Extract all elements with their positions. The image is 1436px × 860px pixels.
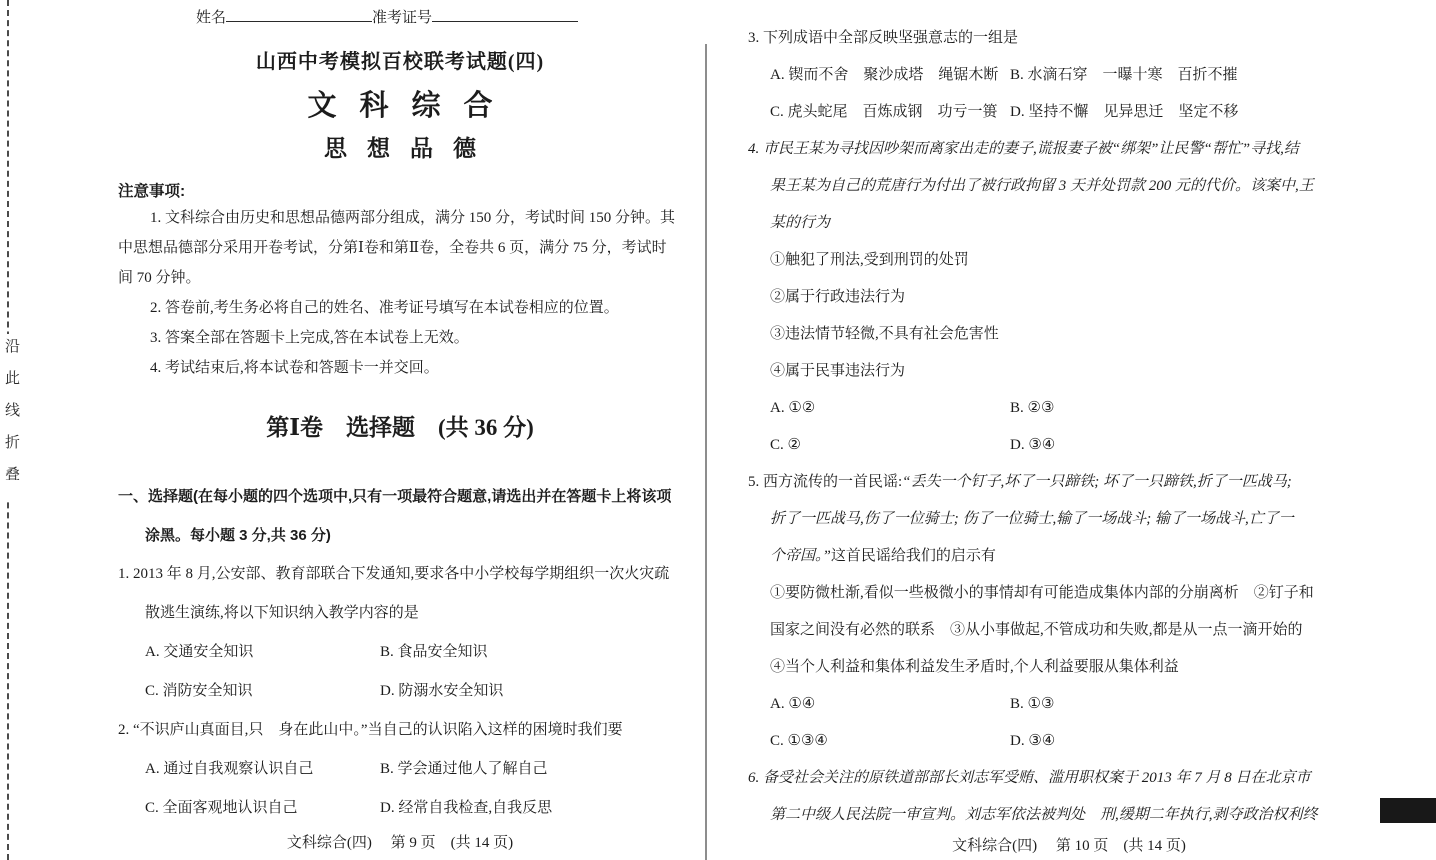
question-4-item: ①触犯了刑法,受到刑罚的处罚: [745, 242, 1393, 279]
option-cell: A. ①②: [770, 390, 1010, 427]
notice-line: 1. 文科综合由历史和思想品德两部分组成，满分 150 分，考试时间 150 分…: [110, 203, 690, 233]
option-cell: D. 经常自我检查,自我反思: [380, 789, 552, 828]
question-3-options-row: A. 锲而不舍 聚沙成塔 绳锯木断B. 水滴石穿 一曝十寒 百折不摧: [745, 57, 1393, 94]
question-5-stem: 5. 西方流传的一首民谣:: [748, 474, 902, 490]
page-right: 3. 下列成语中全部反映坚强意志的一组是 A. 锲而不舍 聚沙成塔 绳锯木断B.…: [745, 0, 1393, 860]
question-4-options-row: A. ①②B. ②③: [745, 390, 1393, 427]
option-cell: D. 防溺水安全知识: [380, 672, 503, 711]
question-2-options-row: C. 全面客观地认识自己D. 经常自我检查,自我反思: [110, 789, 690, 828]
option-cell: C. 全面客观地认识自己: [145, 789, 380, 828]
question-5-item: ④当个人利益和集体利益发生矛盾时,个人利益要服从集体利益: [745, 649, 1393, 686]
option-cell: C. 虎头蛇尾 百炼成钢 功亏一篑: [770, 94, 1010, 131]
option-cell: B. 食品安全知识: [380, 633, 488, 672]
notice-line: 2. 答卷前,考生务必将自己的姓名、准考证号填写在本试卷相应的位置。: [110, 293, 690, 323]
notice-line: 3. 答案全部在答题卡上完成,答在本试卷上无效。: [110, 323, 690, 353]
question-1-line: 1. 2013 年 8 月,公安部、教育部联合下发通知,要求各中小学校每学期组织…: [110, 555, 690, 594]
option-cell: C. ①③④: [770, 723, 1010, 760]
question-3-options-row: C. 虎头蛇尾 百炼成钢 功亏一篑D. 坚持不懈 见异思迁 坚定不移: [745, 94, 1393, 131]
option-cell: A. ①④: [770, 686, 1010, 723]
option-cell: D. ③④: [1010, 427, 1055, 464]
option-cell: B. 水滴石穿 一曝十寒 百折不摧: [1010, 57, 1238, 94]
name-blank-line[interactable]: [226, 7, 372, 22]
notice-line: 4. 考试结束后,将本试卷和答题卡一并交回。: [110, 353, 690, 383]
option-cell: D. 坚持不懈 见异思迁 坚定不移: [1010, 94, 1238, 131]
candidate-info-row: 姓名准考证号: [110, 6, 690, 27]
questions-left: 一、选择题(在每小题的四个选项中,只有一项最符合题意,请选出并在答题卡上将该项 …: [110, 477, 690, 828]
question-5-line: 个帝国。”这首民谣给我们的启示有: [745, 538, 1393, 575]
question-5-line: 折了一匹战马,伤了一位骑士; 伤了一位骑士,输了一场战斗; 输了一场战斗,亡了一: [745, 501, 1393, 538]
question-3-line: 3. 下列成语中全部反映坚强意志的一组是: [745, 20, 1393, 57]
page-left: 姓名准考证号 山西中考模拟百校联考试题(四) 文科综合 思想品德 注意事项: 1…: [110, 0, 690, 860]
question-5-item: 国家之间没有必然的联系 ③从小事做起,不管成功和失败,都是从一点一滴开始的: [745, 612, 1393, 649]
notice-line: 间 70 分钟。: [110, 263, 690, 293]
notice-heading: 注意事项:: [110, 181, 690, 203]
name-label: 姓名: [196, 10, 226, 26]
admission-id-label: 准考证号: [372, 10, 432, 26]
question-4-item: ③违法情节轻微,不具有社会危害性: [745, 316, 1393, 353]
page-divider-line: [705, 44, 707, 860]
question-5-stem: 这首民谣给我们的启示有: [831, 548, 996, 564]
question-6-line: 6. 备受社会关注的原铁道部部长刘志军受贿、滥用职权案于 2013 年 7 月 …: [745, 760, 1393, 797]
page-10-footer: 文科综合(四) 第 10 页 (共 14 页): [745, 834, 1393, 855]
question-1-options-row: C. 消防安全知识D. 防溺水安全知识: [110, 672, 690, 711]
question-1-line: 散逃生演练,将以下知识纳入教学内容的是: [110, 594, 690, 633]
part1-section-title: 第Ⅰ卷 选择题 (共 36 分): [110, 411, 690, 445]
question-5-quote: “丢失一个钉子,坏了一只蹄铁; 坏了一只蹄铁,折了一匹战马;: [902, 474, 1292, 490]
question-4-line: 某的行为: [745, 205, 1393, 242]
question-1-options-row: A. 交通安全知识B. 食品安全知识: [110, 633, 690, 672]
question-4-item: ②属于行政违法行为: [745, 279, 1393, 316]
page-9-footer: 文科综合(四) 第 9 页 (共 14 页): [110, 831, 690, 852]
question-5-item: ①要防微杜渐,看似一些极微小的事情却有可能造成集体内部的分崩离析 ②钉子和: [745, 575, 1393, 612]
admission-id-blank-line[interactable]: [432, 7, 578, 22]
question-4-options-row: C. ②D. ③④: [745, 427, 1393, 464]
option-cell: B. ②③: [1010, 390, 1054, 427]
question-5-line: 5. 西方流传的一首民谣:“丢失一个钉子,坏了一只蹄铁; 坏了一只蹄铁,折了一匹…: [745, 464, 1393, 501]
option-cell: A. 锲而不舍 聚沙成塔 绳锯木断: [770, 57, 1010, 94]
question-2-options-row: A. 通过自我观察认识自己B. 学会通过他人了解自己: [110, 750, 690, 789]
fold-instruction-label: 沿此线折叠: [0, 334, 22, 502]
option-cell: A. 通过自我观察认识自己: [145, 750, 380, 789]
choice-instructions-line: 一、选择题(在每小题的四个选项中,只有一项最符合题意,请选出并在答题卡上将该项: [110, 477, 690, 516]
question-5-options-row: C. ①③④D. ③④: [745, 723, 1393, 760]
option-cell: C. 消防安全知识: [145, 672, 380, 711]
option-cell: D. ③④: [1010, 723, 1055, 760]
question-6-line: 第二中级人民法院一审宣判。刘志军依法被判处 刑,缓期二年执行,剥夺政治权利终: [745, 797, 1393, 834]
course-title: 思想品德: [110, 135, 690, 163]
question-4-item: ④属于民事违法行为: [745, 353, 1393, 390]
exam-title: 山西中考模拟百校联考试题(四): [110, 49, 690, 75]
question-2-line: 2. “不识庐山真面目,只 身在此山中。”当自己的认识陷入这样的困境时我们要: [110, 711, 690, 750]
choice-instructions-line: 涂黑。每小题 3 分,共 36 分): [110, 516, 690, 555]
option-cell: B. ①③: [1010, 686, 1054, 723]
notice-line: 中思想品德部分采用开卷考试，分第Ⅰ卷和第Ⅱ卷，全卷共 6 页，满分 75 分，考…: [110, 233, 690, 263]
option-cell: C. ②: [770, 427, 1010, 464]
exam-sheet: 沿此线折叠 姓名准考证号 山西中考模拟百校联考试题(四) 文科综合 思想品德 注…: [0, 0, 1436, 860]
question-5-options-row: A. ①④B. ①③: [745, 686, 1393, 723]
subject-title: 文科综合: [110, 89, 690, 123]
question-4-line: 4. 市民王某为寻找因吵架而离家出走的妻子,谎报妻子被“绑架”让民警“帮忙”寻找…: [745, 131, 1393, 168]
option-cell: A. 交通安全知识: [145, 633, 380, 672]
question-4-line: 果王某为自己的荒唐行为付出了被行政拘留 3 天并处罚款 200 元的代价。该案中…: [745, 168, 1393, 205]
option-cell: B. 学会通过他人了解自己: [380, 750, 548, 789]
question-5-quote: 个帝国。”: [770, 548, 831, 564]
